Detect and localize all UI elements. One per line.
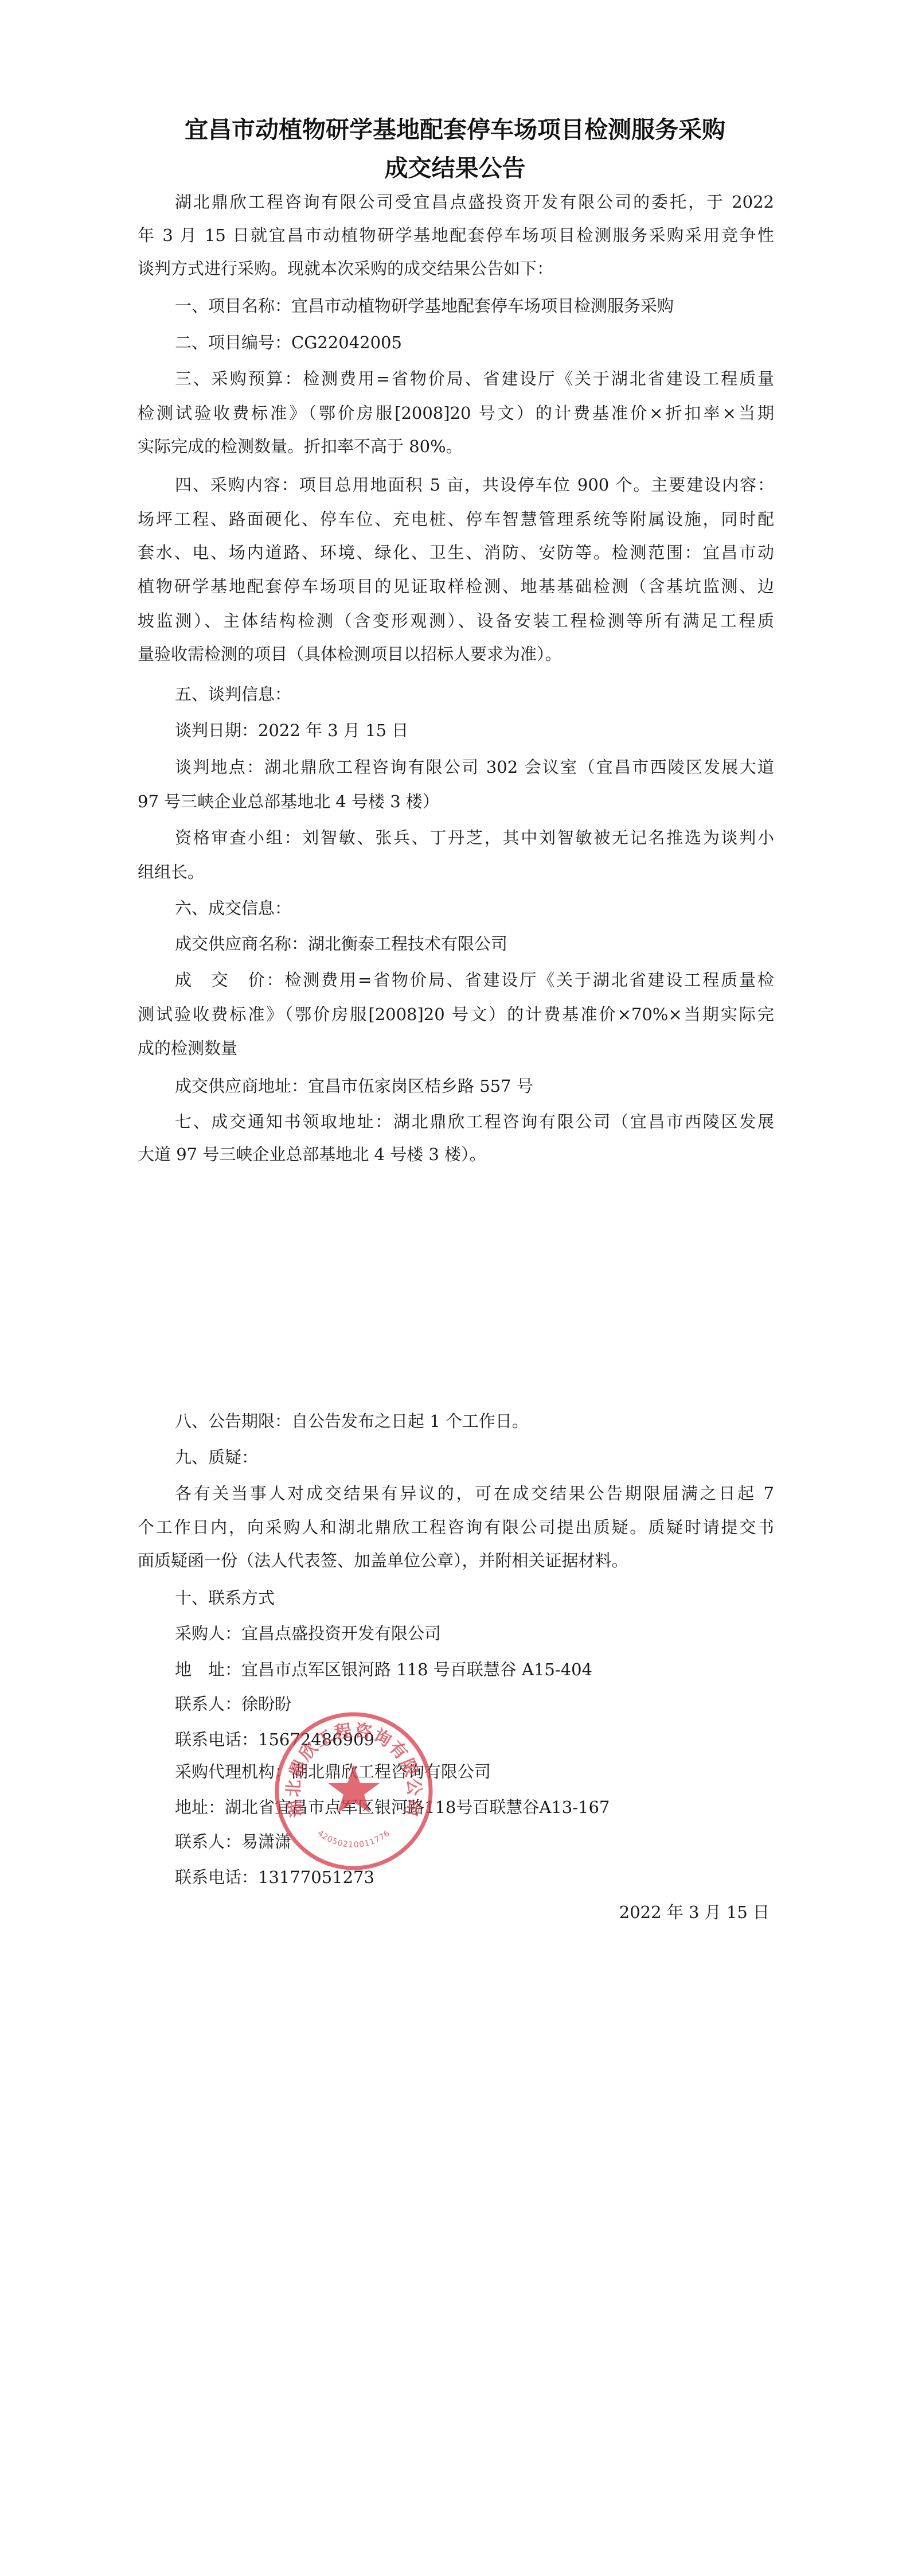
query-body: 面质疑函一份（法人代表签、加盖单位公章），并附相关证据材料。 <box>138 1549 774 1572</box>
deal-price: 成的检测数量 <box>138 1037 774 1060</box>
notice-pickup-address: 大道 97 号三峡企业总部基地北 4 号楼 3 楼）。 <box>138 1143 774 1166</box>
budget-line: 实际完成的检测数量。折扣率不高于 80%。 <box>138 435 774 458</box>
supplier-address: 成交供应商地址：宜昌市伍家岗区桔乡路 557 号 <box>175 1075 774 1098</box>
document-date: 2022 年 3 月 15 日 <box>619 1901 770 1924</box>
negotiation-date: 谈判日期：2022 年 3 月 15 日 <box>175 719 774 742</box>
document-page: 宜昌市动植物研学基地配套停车场项目检测服务采购 成交结果公告 湖北鼎欣工程咨询有… <box>0 0 910 2576</box>
document-title-line1: 宜昌市动植物研学基地配套停车场项目检测服务采购 <box>0 115 910 144</box>
project-name: 一、项目名称：宜昌市动植物研学基地配套停车场项目检测服务采购 <box>175 294 774 317</box>
negotiation-place: 97 号三峡企业总部基地北 4 号楼 3 楼） <box>138 790 774 813</box>
intro-line: 年 3 月 15 日就宜昌市动植物研学基地配套停车场项目检测服务采购采用竞争性 <box>138 224 774 247</box>
review-panel: 组组长。 <box>138 861 774 884</box>
company-seal-icon: 湖北鼎欣工程咨询有限公司 42050210011776 <box>272 1710 435 1873</box>
negotiation-heading: 五、谈判信息： <box>175 683 774 706</box>
budget-line: 检测试验收费标准》（鄂价房服[2008]20 号文）的计费基准价×折扣率×当期 <box>138 402 774 425</box>
negotiation-place: 谈判地点：湖北鼎欣工程咨询有限公司 302 会议室（宜昌市西陵区发展大道 <box>175 756 774 779</box>
deal-price: 测试验收费标准》（鄂价房服[2008]20 号文）的计费基准价×70%×当期实际… <box>138 1003 774 1026</box>
procurement-content-line: 场坪工程、路面硬化、停车位、充电桩、停车智慧管理系统等附属设施，同时配 <box>138 508 774 531</box>
purchaser-contact: 联系人：徐盼盼 <box>175 1692 774 1715</box>
purchaser: 采购人：宜昌点盛投资开发有限公司 <box>175 1622 774 1645</box>
query-heading: 九、质疑： <box>175 1446 774 1469</box>
agency-phone: 联系电话：13177051273 <box>175 1866 774 1889</box>
agency: 采购代理机构：湖北鼎欣工程咨询有限公司 <box>175 1760 774 1783</box>
procurement-content-line: 坡监测）、主体结构检测（含变形观测）、设备安装工程检测等所有满足工程质 <box>138 609 774 632</box>
query-body: 个工作日内，向采购人和湖北鼎欣工程咨询有限公司提出质疑。质疑时请提交书 <box>138 1516 774 1539</box>
notice-pickup-address: 七、成交通知书领取地址：湖北鼎欣工程咨询有限公司（宜昌市西陵区发展 <box>175 1110 774 1133</box>
query-body: 各有关当事人对成交结果有异议的，可在成交结果公告期限届满之日起 7 <box>175 1482 774 1505</box>
purchaser-phone: 联系电话：15672486909 <box>175 1728 774 1751</box>
procurement-content-line: 套水、电、场内道路、环境、绿化、卫生、消防、安防等。检测范围：宜昌市动 <box>138 541 774 564</box>
seal-code: 42050210011776 <box>315 1828 392 1850</box>
review-panel: 资格审查小组：刘智敏、张兵、丁丹芝，其中刘智敏被无记名推选为谈判小 <box>175 826 774 849</box>
agency-address: 地址：湖北省宜昌市点军区银河路118号百联慧谷A13-167 <box>175 1796 774 1819</box>
supplier-name: 成交供应商名称：湖北衡泰工程技术有限公司 <box>175 932 774 955</box>
deal-price: 成 交 价：检测费用=省物价局、省建设厅《关于湖北省建设工程质量检 <box>175 968 774 991</box>
contact-heading: 十、联系方式 <box>175 1586 774 1609</box>
svg-text:42050210011776: 42050210011776 <box>315 1828 392 1850</box>
intro-line: 湖北鼎欣工程咨询有限公司受宜昌点盛投资开发有限公司的委托，于 2022 <box>175 190 774 213</box>
intro-line: 谈判方式进行采购。现就本次采购的成交结果公告如下： <box>138 257 774 280</box>
budget-line: 三、采购预算：检测费用=省物价局、省建设厅《关于湖北省建设工程质量 <box>175 367 774 390</box>
purchaser-address: 地 址：宜昌市点军区银河路 118 号百联慧谷 A15-404 <box>175 1658 774 1681</box>
document-title-line2: 成交结果公告 <box>0 154 910 182</box>
procurement-content-line: 量验收需检测的项目（具体检测项目以招标人要求为准）。 <box>138 643 774 666</box>
announcement-period: 八、公告期限：自公告发布之日起 1 个工作日。 <box>175 1410 774 1433</box>
deal-heading: 六、成交信息： <box>175 897 774 920</box>
procurement-content-line: 植物研学基地配套停车场项目的见证取样检测、地基基础检测（含基坑监测、边 <box>138 575 774 598</box>
project-number: 二、项目编号：CG22042005 <box>175 331 774 354</box>
procurement-content-line: 四、采购内容：项目总用地面积 5 亩，共设停车位 900 个。主要建设内容： <box>175 473 774 496</box>
agency-contact: 联系人：易潇潇 <box>175 1830 774 1853</box>
